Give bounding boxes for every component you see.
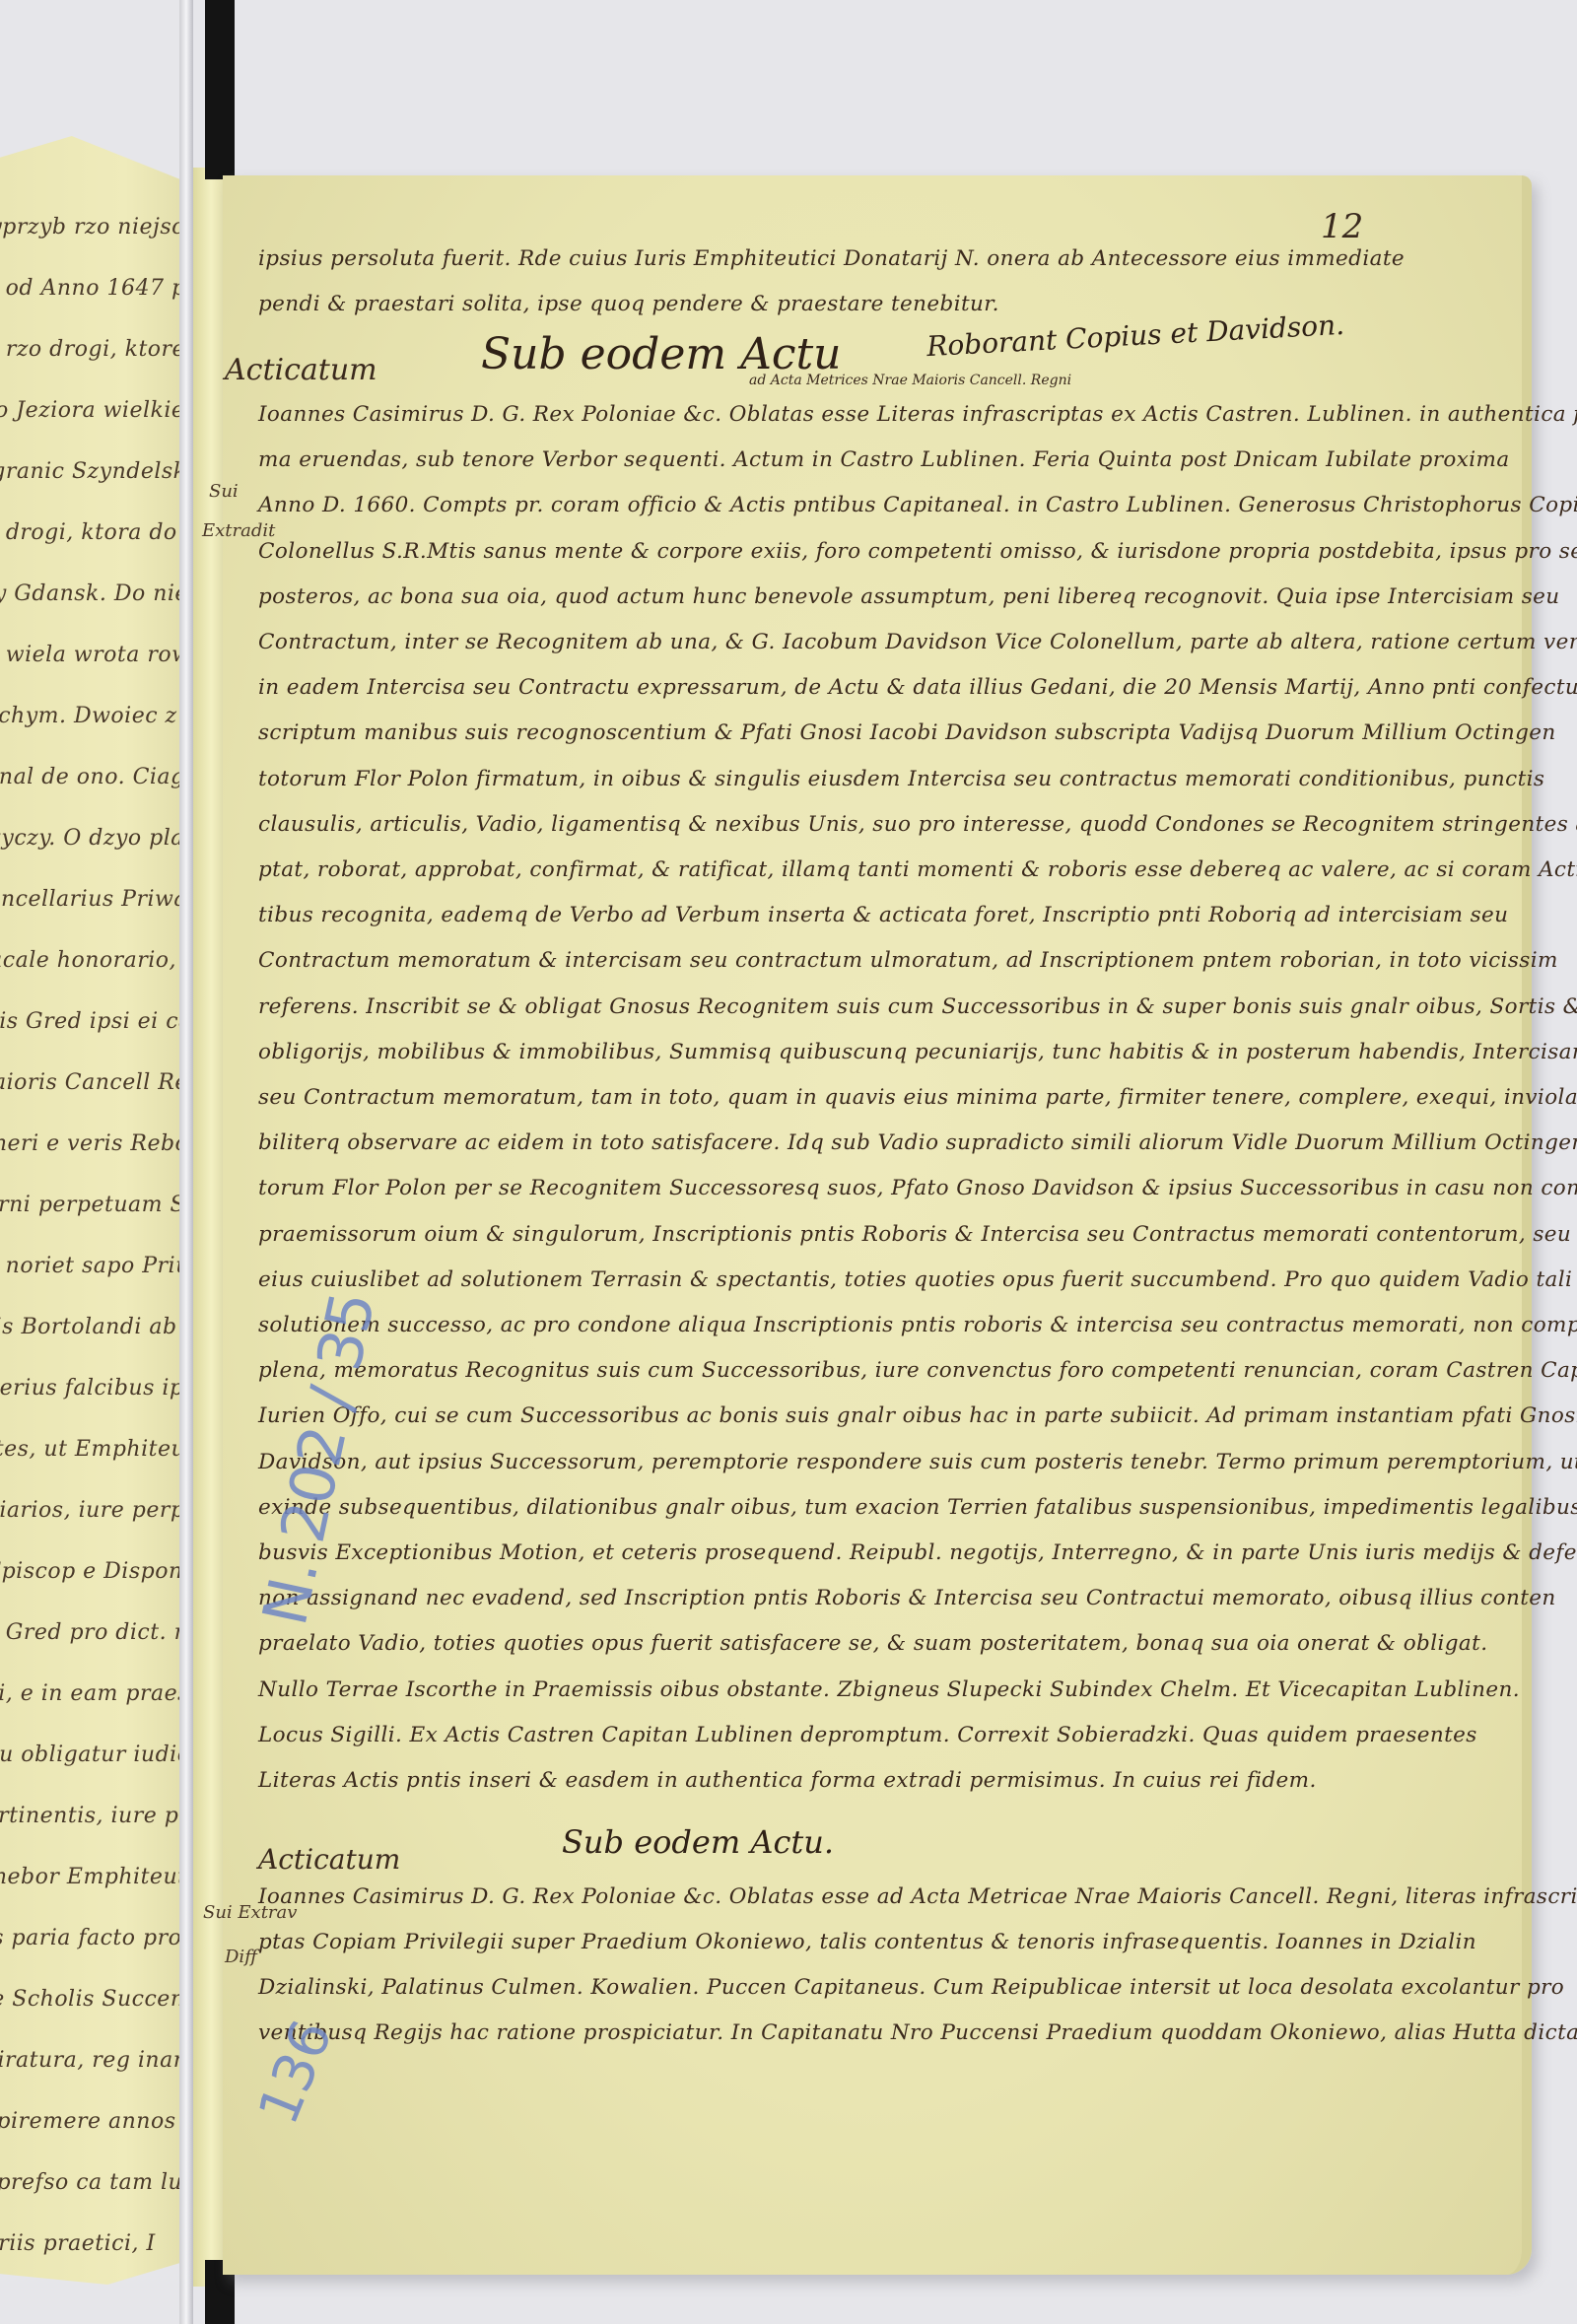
text-line: biliterq observare ac eidem in toto sati… — [258, 1130, 1577, 1155]
text-line: Nullo Terrae Iscorthe in Praemissis oibu… — [258, 1677, 1520, 1702]
text-line: non assignand nec evadend, sed Inscripti… — [258, 1586, 1556, 1610]
text-line: obligorijs, mobilibus & immobilibus, Sum… — [258, 1040, 1577, 1064]
left-page-line: i Episcop e Dispone — [0, 1559, 179, 1584]
left-page-line: liberius falcibus ipse dua — [0, 1376, 179, 1401]
text-line: pendi & praestari solita, ipse quoq pend… — [258, 292, 999, 316]
text-line: Davidson, aut ipsius Successorum, peremp… — [258, 1450, 1577, 1474]
left-page-line: uniarios, iure perpetue pos — [0, 1498, 179, 1523]
text-line: exinde subsequentibus, dilationibus gnal… — [258, 1495, 1577, 1520]
text-line: Anno D. 1660. Compts pr. coram officio &… — [258, 493, 1577, 517]
left-page-line: ortes, ut Emphiteutico — [0, 1437, 179, 1462]
left-page-line: perni perpetuam Sst Vitr — [0, 1193, 179, 1217]
left-page-line: Seu obligatur iudicii Mar — [0, 1743, 179, 1767]
text-line: praemissorum oium & singulorum, Inscript… — [258, 1222, 1577, 1247]
left-page-line: aris Bortolandi ab loho — [0, 1315, 179, 1339]
left-page-line: minal de ono. Ciagne na — [0, 765, 179, 789]
text-line: ipsius persoluta fuerit. Rde cuius Iuris… — [258, 246, 1405, 271]
text-line: busvis Exceptionibus Motion, et ceteris … — [258, 1540, 1577, 1565]
left-page-line: caprefso ca tam lucri — [0, 2170, 179, 2195]
left-page-line: Acis Gred ipsi ei caden — [0, 1009, 179, 1034]
text-line: praelato Vadio, toties quoties opus fuer… — [258, 1631, 1487, 1656]
text-line: eius cuiuslibet ad solutionem Terrasin &… — [258, 1267, 1577, 1292]
margin-label-acticatum: Acticatum — [225, 353, 377, 387]
left-page-line: szy Gdansk. Do niejsca obiet — [0, 581, 179, 606]
text-line: Literas Actis pntis inseri & easdem in a… — [258, 1768, 1317, 1793]
text-line: seu Contractum memoratum, tam in toto, q… — [258, 1085, 1577, 1110]
left-page-line: pertinentis, iure perpetu — [0, 1804, 179, 1828]
text-line: Locus Sigilli. Ex Actis Castren Capitan … — [258, 1723, 1477, 1747]
text-line: plena, memoratus Recognitus suis cum Suc… — [258, 1358, 1577, 1383]
left-page-line: o granic Szyndelskich, od ktor — [0, 459, 179, 484]
text-line: ptat, roborat, approbat, confirmat, & ra… — [258, 857, 1577, 882]
text-line: Ioannes Casimirus D. G. Rex Poloniae &c.… — [258, 1884, 1577, 1909]
left-page-line: Maioris Cancell Regni — [0, 1070, 179, 1095]
left-page-line: expiremere annos pria — [0, 2109, 179, 2134]
text-line: torum Flor Polon per se Recognitem Succe… — [258, 1176, 1577, 1200]
text-line: posteros, ac bona sua oia, quod actum hu… — [258, 584, 1560, 609]
page-number: 12 — [1321, 207, 1363, 246]
text-line: Contractum memoratum & intercisam seu co… — [258, 948, 1558, 973]
text-line: in eadem Intercisa seu Contractu express… — [258, 675, 1577, 700]
left-page-line: wyprzyb rzo niejsca JKM — [0, 215, 179, 239]
entry-heading: Sub eodem Actu. — [562, 1823, 834, 1861]
spine-band-top — [205, 0, 235, 179]
left-page-line: od rzo drogi, ktore z Kolecko — [0, 337, 179, 362]
text-line: clausulis, articulis, Vadio, ligamentisq… — [258, 812, 1577, 837]
left-page-line: zwyczy. O dzyo plaei do — [0, 826, 179, 851]
text-line: Dzialinski, Palatinus Culmen. Kowalien. … — [258, 1975, 1564, 2000]
left-page-line: chiratura, reg inanude — [0, 2048, 179, 2073]
left-page-line: ius paria facto procesu — [0, 1926, 179, 1950]
left-page-line: Cancellarius Priwatuo Mll — [0, 887, 179, 912]
text-line: ptas Copiam Privilegii super Praedium Ok… — [258, 1930, 1476, 1954]
text-line: scriptum manibus suis recognoscentium & … — [258, 720, 1556, 745]
text-line: Contractum, inter se Recognitem ab una, … — [258, 630, 1577, 654]
left-page-line: zyo Jeziora wielkie Okuniewo — [0, 398, 179, 423]
left-page-line: dachym. Dwoiec z Braska — [0, 704, 179, 728]
left-page-line: teneri e veris Reboran — [0, 1131, 179, 1156]
margin-note: Sui — [209, 481, 239, 502]
left-page-line: ua Gred pro dict. nulla — [0, 1620, 179, 1645]
left-page: wyprzyb rzo niejsca JKMne od Anno 1647 p… — [0, 136, 179, 2285]
left-page-line: o e Scholis Succenby Pri — [0, 1987, 179, 2012]
left-page-line: do drogi, ktora do kopaczow — [0, 520, 179, 545]
margin-label-acticatum: Acticatum — [258, 1843, 400, 1876]
text-line: Colonellus S.R.Mtis sanus mente & corpor… — [258, 539, 1577, 564]
left-page-line: ne od Anno 1647 poczyna, — [0, 276, 179, 301]
left-page-line: pariis praetici, I — [0, 2231, 156, 2256]
text-line: referens. Inscribit se & obligat Gnosus … — [258, 994, 1577, 1019]
text-line: Iurien Offo, cui se cum Successoribus ac… — [258, 1403, 1577, 1428]
text-line: ventibusq Regijs hac ratione prospiciatu… — [258, 2020, 1577, 2045]
left-page-line: ua wiela wrota rowe, pod dacz — [0, 643, 179, 667]
text-line: totorum Flor Polon firmatum, in oibus & … — [258, 767, 1544, 791]
text-line: Ioannes Casimirus D. G. Rex Poloniae &c.… — [258, 402, 1577, 427]
left-page-line: eni, e in eam praesen Pen — [0, 1681, 179, 1706]
margin-note: Diff — [225, 1947, 257, 1967]
left-page-line: Ducale honorario, feudo — [0, 948, 179, 973]
left-page-line: ne noriet sapo Priuiegium — [0, 1254, 179, 1278]
text-line: ma eruendas, sub tenore Verbor sequenti.… — [258, 447, 1510, 472]
text-line: tibus recognita, eademq de Verbo ad Verb… — [258, 903, 1508, 927]
left-page-line: tenebor Emphiteutic — [0, 1865, 179, 1889]
binding-gutter — [179, 0, 193, 2324]
interlinear-note: ad Acta Metrices Nrae Maioris Cancell. R… — [749, 373, 1071, 388]
text-line: solutionem successo, ac pro condone aliq… — [258, 1313, 1577, 1337]
